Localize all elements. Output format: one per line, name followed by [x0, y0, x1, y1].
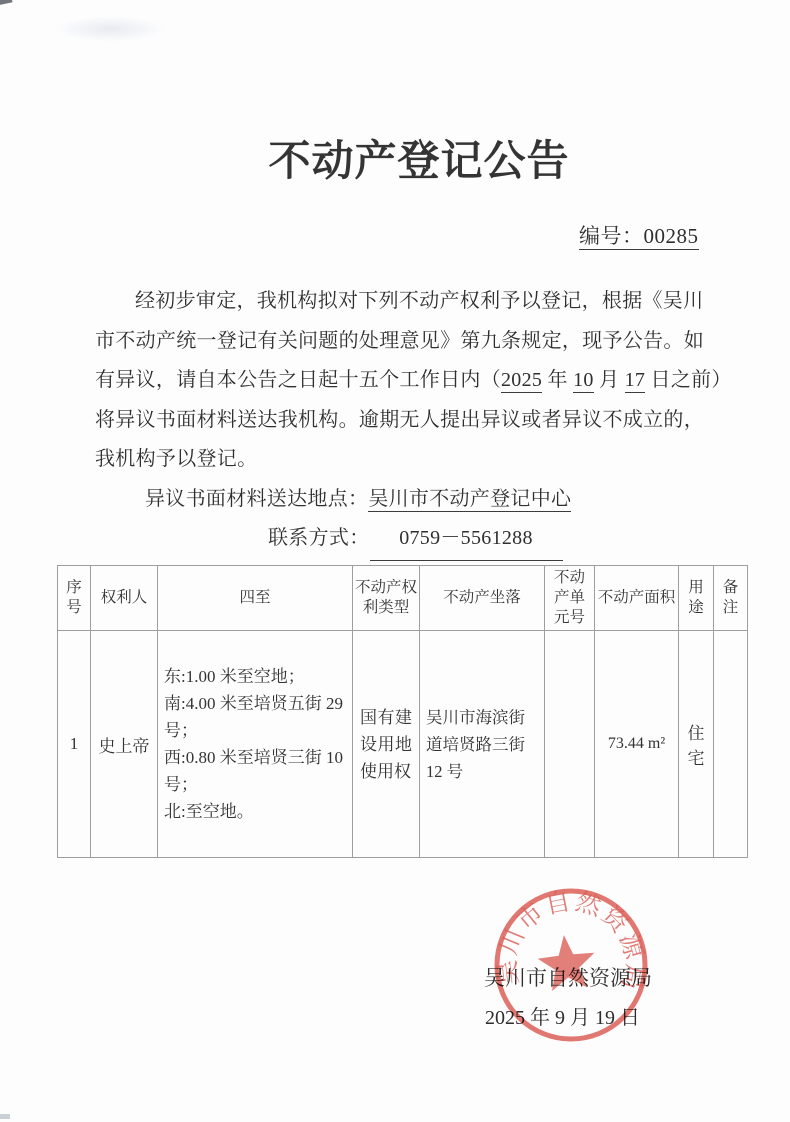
doc-number-text: 编号：00285	[579, 224, 699, 250]
scan-smudge	[55, 16, 165, 42]
cell-unit-no	[545, 631, 595, 858]
deadline-sep2: 月	[594, 369, 625, 391]
contact-line: 联系方式：0759－5561288	[95, 519, 707, 559]
header-seq: 序号	[58, 566, 91, 631]
cell-seq: 1	[58, 631, 91, 858]
deadline-pre: 有异议，请自本公告之日起十五个工作日内（	[95, 369, 501, 391]
delivery-address-line: 异议书面材料送达地点：吴川市不动产登记中心	[95, 480, 707, 520]
table-header-row: 序号 权利人 四至 不动产权利类型 不动产坐落 不动产单元号 不动产面积 用途 …	[58, 566, 748, 631]
deadline-month: 10	[573, 369, 594, 393]
cell-right-type: 国有建设用地使用权	[353, 631, 420, 858]
boundary-south: 南:4.00 米至培贤五街 29 号；	[164, 690, 346, 744]
header-holder: 权利人	[91, 566, 158, 631]
body-line-deadline: 有异议，请自本公告之日起十五个工作日内（2025 年 10 月 17 日之前）	[95, 361, 707, 401]
delivery-label: 异议书面材料送达地点：	[145, 488, 368, 510]
body-line-4: 将异议书面材料送达我机构。逾期无人提出异议或者异议不成立的，	[95, 401, 707, 441]
page-title: 不动产登记公告	[24, 128, 790, 188]
cell-location: 吴川市海滨街道培贤路三街 12 号	[420, 631, 545, 858]
header-location: 不动产坐落	[420, 566, 545, 631]
body-line-2: 市不动产统一登记有关问题的处理意见》第九条规定，现予公告。如	[95, 322, 707, 362]
body-line-1: 经初步审定，我机构拟对下列不动产权利予以登记，根据《吴川	[95, 282, 707, 322]
header-usage: 用途	[679, 566, 714, 631]
body-line-5: 我机构予以登记。	[95, 440, 707, 480]
deadline-sep1: 年	[542, 369, 573, 391]
cell-usage: 住宅	[679, 631, 714, 858]
delivery-value: 吴川市不动产登记中心	[368, 488, 571, 512]
announcement-body: 经初步审定，我机构拟对下列不动产权利予以登记，根据《吴川 市不动产统一登记有关问…	[95, 282, 707, 559]
header-right-type: 不动产权利类型	[353, 566, 420, 631]
header-area: 不动产面积	[595, 566, 679, 631]
boundary-north: 北:至空地。	[164, 798, 346, 825]
header-remark: 备注	[714, 566, 748, 631]
boundary-west: 西:0.80 米至培贤三街 10 号；	[164, 744, 346, 798]
cell-holder: 史上帝	[91, 631, 158, 858]
table-row: 1 史上帝 东:1.00 米至空地； 南:4.00 米至培贤五街 29 号； 西…	[58, 631, 748, 858]
seal-star-icon	[536, 932, 598, 992]
boundary-east: 东:1.00 米至空地；	[164, 663, 346, 690]
official-seal: 吴川市自然资源局	[491, 886, 652, 1047]
document-page: 不动产登记公告 编号：00285 经初步审定，我机构拟对下列不动产权利予以登记，…	[0, 0, 790, 1122]
deadline-post: 日之前）	[645, 369, 732, 391]
header-boundaries: 四至	[158, 566, 353, 631]
contact-label: 联系方式：	[268, 527, 370, 549]
registration-table: 序号 权利人 四至 不动产权利类型 不动产坐落 不动产单元号 不动产面积 用途 …	[57, 565, 748, 858]
cell-area: 73.44 m²	[595, 631, 679, 858]
scan-artifact-corner	[0, 0, 13, 6]
deadline-day: 17	[625, 369, 646, 393]
deadline-year: 2025	[501, 369, 542, 393]
scan-artifact-bottom	[0, 1114, 10, 1119]
cell-boundaries: 东:1.00 米至空地； 南:4.00 米至培贤五街 29 号； 西:0.80 …	[158, 631, 353, 858]
cell-remark	[714, 631, 748, 858]
header-unit-no: 不动产单元号	[545, 566, 595, 631]
contact-value: 0759－5561288	[370, 519, 563, 561]
doc-number: 编号：00285	[579, 220, 699, 250]
